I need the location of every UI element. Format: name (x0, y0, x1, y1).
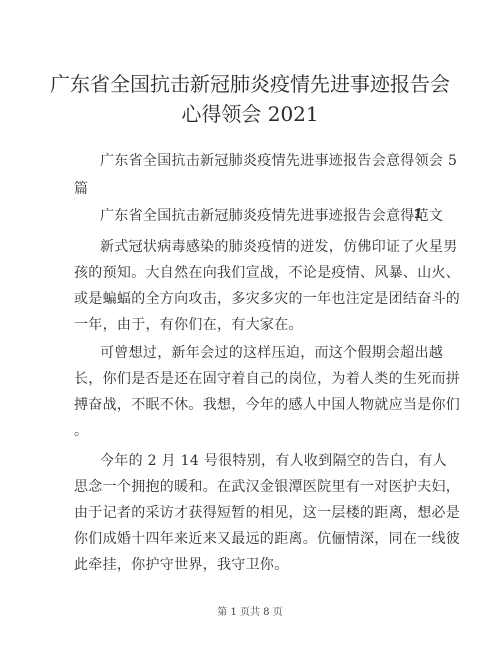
paragraph-3-line: 由于记者的采访才获得短暂的相见，这一层楼的距离，想必是 (74, 502, 460, 522)
page-footer: 第 1 页共 8 页 (0, 603, 500, 618)
toc-heading-line-1: 广东省全国抗击新冠肺炎疫情先进事迹报告会意得领会 5 (100, 150, 457, 170)
paragraph-3-line: 思念一个拥抱的暖和。在武汉金银潭医院里有一对医护夫妇， (74, 476, 460, 496)
paragraph-2-line: 可曾想过，新年会过的这样压迫，而这个假期会超出越 (100, 342, 443, 362)
paragraph-3-line: 今年的 2 月 14 号很特别，有人收到隔空的告白，有人 (100, 450, 447, 470)
paragraph-2-line: 。 (74, 420, 88, 440)
paragraph-3-line: 你们成婚十四年来近来又最远的距离。伉俪情深，同在一线彼 (74, 528, 460, 548)
document-title-line-1: 广东省全国抗击新冠肺炎疫情先进事迹报告会 (0, 68, 500, 97)
document-page: 广东省全国抗击新冠肺炎疫情先进事迹报告会 心得领会 2021 广东省全国抗击新冠… (0, 0, 500, 647)
paragraph-3-line: 此牵挂，你护守世界，我守卫你。 (74, 554, 289, 574)
toc-entry-page[interactable]: 1 (414, 205, 422, 221)
paragraph-1-line: 或是蝙蝠的全方向攻击，多灾多灾的一年也注定是团结奋斗的 (74, 288, 460, 308)
toc-heading-line-2: 篇 (74, 178, 88, 198)
paragraph-2-line: 长，你们是否是还在固守着自己的岗位，为着人类的生死而拼 (74, 368, 460, 388)
paragraph-2-line: 搏奋战，不眠不休。我想，今年的感人中国人物就应当是你们 (74, 394, 460, 414)
paragraph-1-line: 新式冠状病毒感染的肺炎疫情的迸发，仿佛印证了火星男 (100, 236, 458, 256)
document-title-line-2: 心得领会 2021 (0, 98, 500, 127)
paragraph-1-line: 孩的预知。大自然在向我们宣战，不论是疫情、风暴、山火、 (74, 262, 460, 282)
toc-entry-text[interactable]: 广东省全国抗击新冠肺炎疫情先进事迹报告会意得范文 (100, 205, 443, 225)
paragraph-1-line: 一年，由于，有你们在，有大家在。 (74, 314, 303, 334)
